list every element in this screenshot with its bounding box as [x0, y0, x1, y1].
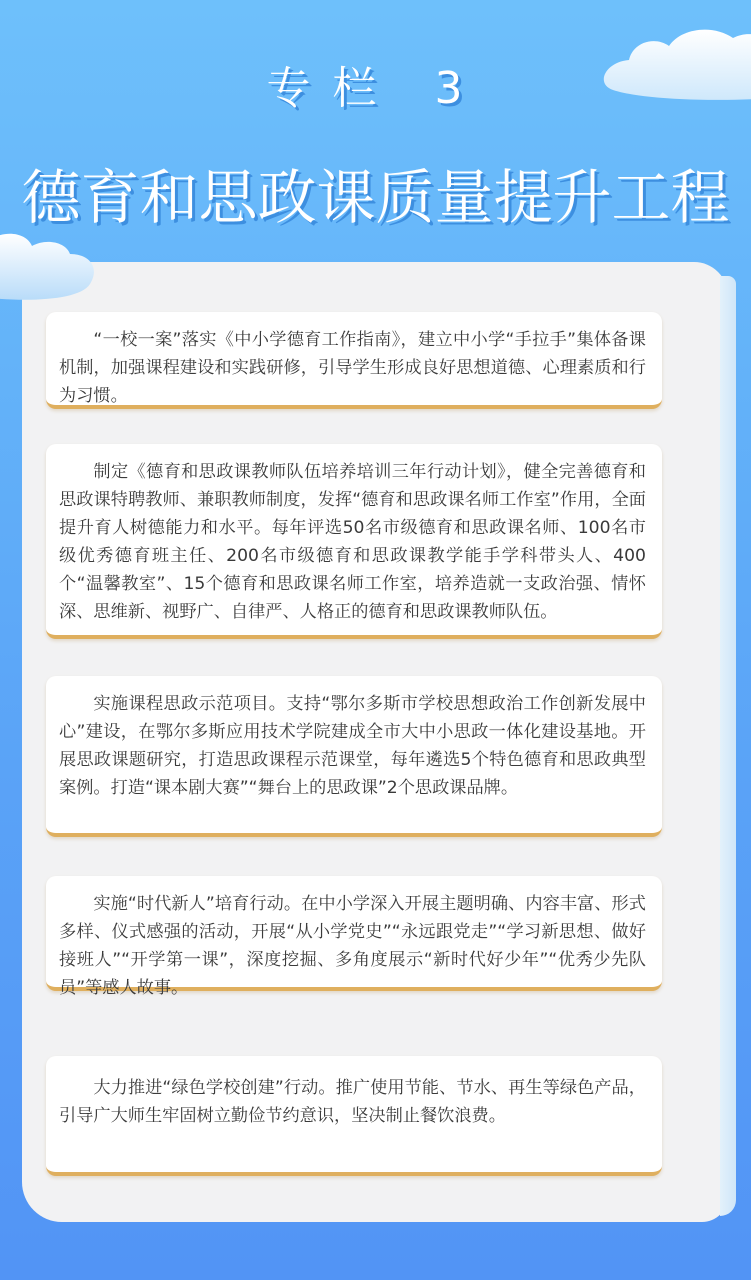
- card-text: 制定《德育和思政课教师队伍培养培训三年行动计划》，健全完善德育和思政课特聘教师、…: [59, 458, 646, 626]
- card-text: 实施课程思政示范项目。支持“鄂尔多斯市学校思想政治工作创新发展中心”建设，在鄂尔…: [59, 690, 646, 802]
- card-text: “一校一案”落实《中小学德育工作指南》，建立中小学“手拉手”集体备课机制，加强课…: [59, 326, 646, 410]
- content-card-2: 制定《德育和思政课教师队伍培养培训三年行动计划》，健全完善德育和思政课特聘教师、…: [46, 444, 662, 639]
- content-card-3: 实施课程思政示范项目。支持“鄂尔多斯市学校思想政治工作创新发展中心”建设，在鄂尔…: [46, 676, 662, 837]
- card-text: 大力推进“绿色学校创建”行动。推广使用节能、节水、再生等绿色产品，引导广大师生牢…: [59, 1074, 646, 1130]
- content-card-5: 大力推进“绿色学校创建”行动。推广使用节能、节水、再生等绿色产品，引导广大师生牢…: [46, 1056, 662, 1176]
- content-card-4: 实施“时代新人”培育行动。在中小学深入开展主题明确、内容丰富、形式多样、仪式感强…: [46, 876, 662, 991]
- card-text: 实施“时代新人”培育行动。在中小学深入开展主题明确、内容丰富、形式多样、仪式感强…: [59, 890, 646, 1002]
- content-card-1: “一校一案”落实《中小学德育工作指南》，建立中小学“手拉手”集体备课机制，加强课…: [46, 312, 662, 409]
